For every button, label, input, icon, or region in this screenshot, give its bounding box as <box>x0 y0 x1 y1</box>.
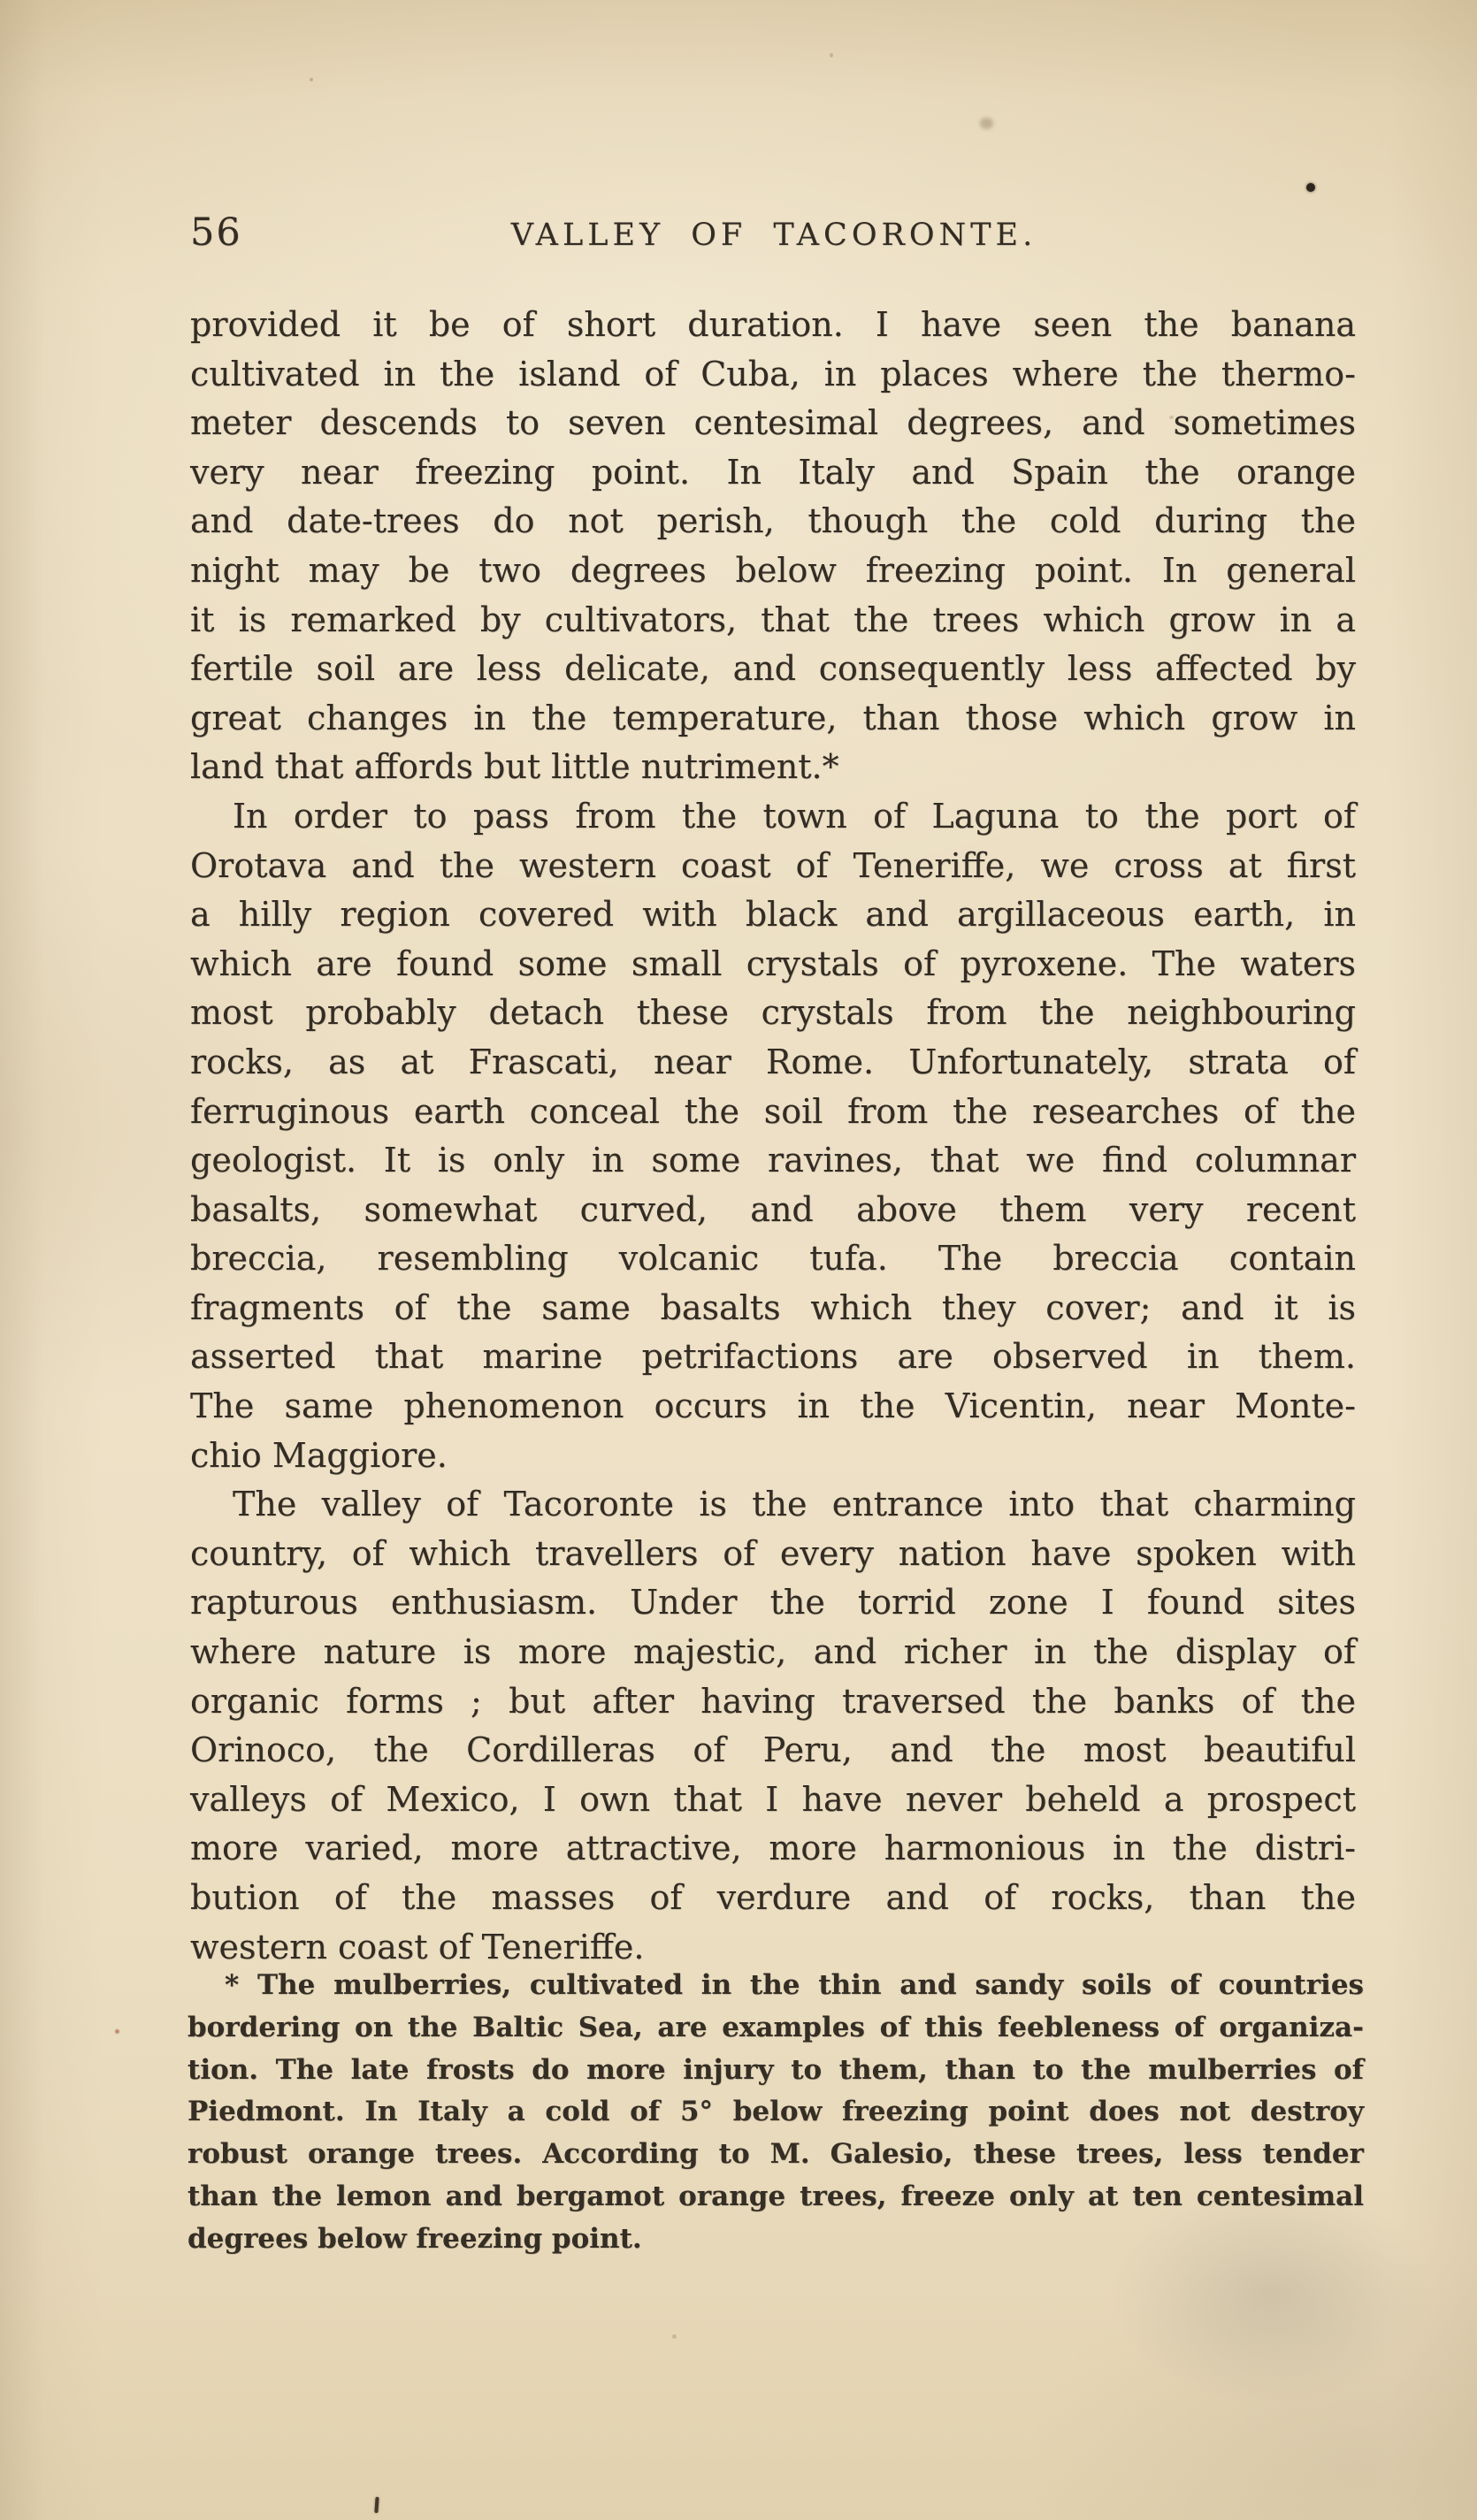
text-line: land that affords but little nutriment.* <box>190 743 1356 792</box>
text-line: Piedmont. In Italy a cold of 5° below fr… <box>187 2091 1364 2134</box>
text-line: rapturous enthusiasm. Under the torrid z… <box>190 1578 1356 1628</box>
text-line: and date-trees do not perish, though the… <box>190 497 1356 546</box>
smudge-artifact <box>980 118 993 129</box>
text-line: The same phenomenon occurs in the Vicent… <box>190 1382 1356 1432</box>
text-line: robust orange trees. According to M. Gal… <box>187 2134 1364 2176</box>
text-line: asserted that marine petrifactions are o… <box>190 1333 1356 1382</box>
paper-fiber-speck <box>1169 416 1174 419</box>
text-line: bution of the masses of verdure and of r… <box>190 1874 1356 1923</box>
running-header: VALLEY OF TACORONTE. <box>35 218 1477 253</box>
text-line: great changes in the temperature, than t… <box>190 694 1356 744</box>
text-line: Orotava and the western coast of Tenerif… <box>190 842 1356 891</box>
text-line: degrees below freezing point. <box>187 2218 1364 2261</box>
speck-artifact <box>115 2029 119 2034</box>
text-line: rocks, as at Frascati, near Rome. Unfort… <box>190 1038 1356 1088</box>
text-line: chio Maggiore. <box>190 1432 1356 1481</box>
text-line: fragments of the same basalts which they… <box>190 1284 1356 1333</box>
text-line: Orinoco, the Cordilleras of Peru, and th… <box>190 1726 1356 1775</box>
text-line: fertile soil are less delicate, and cons… <box>190 645 1356 694</box>
text-line: organic forms ; but after having travers… <box>190 1677 1356 1727</box>
text-line: * The mulberries, cultivated in the thin… <box>187 1965 1364 2007</box>
footnote-text: * The mulberries, cultivated in the thin… <box>187 1965 1364 2261</box>
text-line: where nature is more majestic, and riche… <box>190 1628 1356 1677</box>
text-line: bordering on the Baltic Sea, are example… <box>187 2007 1364 2050</box>
paper-fiber-speck <box>672 2334 677 2339</box>
body-text: provided it be of short duration. I have… <box>190 301 1356 1972</box>
edge-mark-artifact <box>374 2497 379 2513</box>
text-line: very near freezing point. In Italy and S… <box>190 448 1356 498</box>
text-line: a hilly region covered with black and ar… <box>190 890 1356 940</box>
text-line: cultivated in the island of Cuba, in pla… <box>190 350 1356 400</box>
text-line: meter descends to seven centesimal degre… <box>190 399 1356 448</box>
text-line: basalts, somewhat curved, and above them… <box>190 1186 1356 1235</box>
scanned-book-page: 56 VALLEY OF TACORONTE. provided it be o… <box>0 0 1477 2520</box>
ink-spot-artifact <box>1306 183 1315 192</box>
text-line: which are found some small crystals of p… <box>190 940 1356 989</box>
text-line: The valley of Tacoronte is the entrance … <box>190 1480 1356 1530</box>
text-line: geologist. It is only in some ravines, t… <box>190 1136 1356 1186</box>
text-line: provided it be of short duration. I have… <box>190 301 1356 350</box>
paper-fiber-speck <box>310 78 313 81</box>
text-line: tion. The late frosts do more injury to … <box>187 2050 1364 2092</box>
paper-fiber-speck <box>830 53 833 57</box>
text-line: In order to pass from the town of Laguna… <box>190 792 1356 842</box>
text-line: it is remarked by cultivators, that the … <box>190 596 1356 645</box>
text-line: most probably detach these crystals from… <box>190 989 1356 1038</box>
text-line: valleys of Mexico, I own that I have nev… <box>190 1775 1356 1825</box>
text-line: ferruginous earth conceal the soil from … <box>190 1088 1356 1137</box>
text-line: than the lemon and bergamot orange trees… <box>187 2176 1364 2218</box>
text-line: breccia, resembling volcanic tufa. The b… <box>190 1234 1356 1284</box>
text-line: country, of which travellers of every na… <box>190 1530 1356 1579</box>
text-line: more varied, more attractive, more harmo… <box>190 1824 1356 1874</box>
text-line: night may be two degrees below freezing … <box>190 546 1356 596</box>
